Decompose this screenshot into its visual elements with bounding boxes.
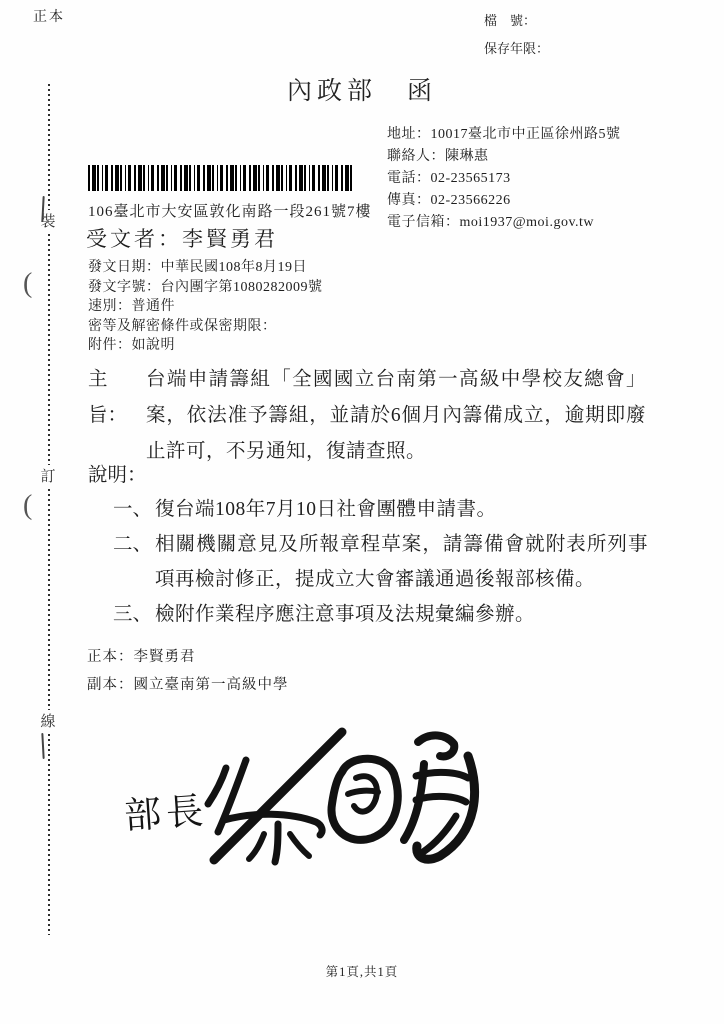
signature-ink: 部長 xyxy=(118,720,486,872)
distribution-block: 正本：李賢勇君 副本：國立臺南第一高級中學 xyxy=(87,643,289,699)
sender-contact-person: 聯絡人：陳琳惠 xyxy=(387,146,621,168)
file-number-label: 檔 號： xyxy=(484,10,536,29)
attachment-note: 附件：如說明 xyxy=(88,336,323,356)
scanned-letter-page: 正本 檔 號： 保存年限： 內政部 函 地址：10017臺北市中正區徐州路5號 … xyxy=(0,0,724,1024)
sender-address: 地址：10017臺北市中正區徐州路5號 xyxy=(387,124,621,146)
minister-signature: 徐國勇 部長 xyxy=(118,720,486,872)
item-text: 復台端108年7月10日社會團體申請書。 xyxy=(155,492,648,527)
sender-phone: 電話：02-23565173 xyxy=(387,168,621,190)
item-number: 一、 xyxy=(113,492,155,527)
minister-title-glyphs: 部長 xyxy=(123,791,210,838)
binding-bracket-mark: ( xyxy=(23,268,32,300)
copy-type-label: 正本 xyxy=(33,6,65,26)
document-title: 內政部 函 xyxy=(0,71,724,107)
binding-tick-mark xyxy=(41,733,44,759)
description-item: 三、 檢附作業程序應注意事項及法規彙編參辦。 xyxy=(113,597,658,632)
mailing-barcode xyxy=(88,165,355,191)
description-list: 一、 復台端108年7月10日社會團體申請書。 二、 相關機關意見及所報章程草案… xyxy=(113,492,658,632)
issue-date: 發文日期：中華民國108年8月19日 xyxy=(88,258,323,278)
binding-char-ding: 訂 xyxy=(36,465,60,486)
speed-class: 速別：普通件 xyxy=(88,297,323,317)
binding-bracket-mark: ( xyxy=(23,490,32,522)
sender-fax: 傳真：02-23566226 xyxy=(387,190,621,212)
item-number: 二、 xyxy=(113,527,155,597)
description-item: 二、 相關機關意見及所報章程草案，請籌備會就附表所列事項再檢討修正，提成立大會審… xyxy=(113,527,658,597)
page-number: 第1頁,共1頁 xyxy=(0,962,724,980)
issue-number: 發文字號：台內團字第1080282009號 xyxy=(88,278,323,298)
retention-period-label: 保存年限： xyxy=(484,38,549,57)
recipient-address: 106臺北市大安區敦化南路一段261號7樓 xyxy=(88,200,372,221)
item-number: 三、 xyxy=(113,597,155,632)
description-label: 說明： xyxy=(88,459,147,487)
original-recipient: 正本：李賢勇君 xyxy=(87,643,289,671)
sender-contact-block: 地址：10017臺北市中正區徐州路5號 聯絡人：陳琳惠 電話：02-235651… xyxy=(387,124,621,234)
copy-recipient: 副本：國立臺南第一高級中學 xyxy=(87,671,289,699)
subject-text: 台端申請籌組「全國國立台南第一高級中學校友總會」案，依法准予籌組，並請於6個月內… xyxy=(146,362,646,470)
recipient-name-line: 受文者：李賢勇君 xyxy=(86,223,278,253)
security-class: 密等及解密條件或保密期限： xyxy=(88,317,323,337)
subject-section: 主旨： 台端申請籌組「全國國立台南第一高級中學校友總會」案，依法准予籌組，並請於… xyxy=(88,362,653,470)
document-meta-block: 發文日期：中華民國108年8月19日 發文字號：台內團字第1080282009號… xyxy=(88,258,323,356)
description-item: 一、 復台端108年7月10日社會團體申請書。 xyxy=(113,492,658,527)
sender-email: 電子信箱：moi1937@moi.gov.tw xyxy=(387,212,621,234)
item-text: 相關機關意見及所報章程草案，請籌備會就附表所列事項再檢討修正，提成立大會審議通過… xyxy=(155,527,648,597)
item-text: 檢附作業程序應注意事項及法規彙編參辦。 xyxy=(155,597,648,632)
subject-label: 主旨： xyxy=(88,362,146,470)
binding-char-zhuang: 裝 xyxy=(36,210,60,231)
binding-char-xian: 線 xyxy=(36,710,60,731)
